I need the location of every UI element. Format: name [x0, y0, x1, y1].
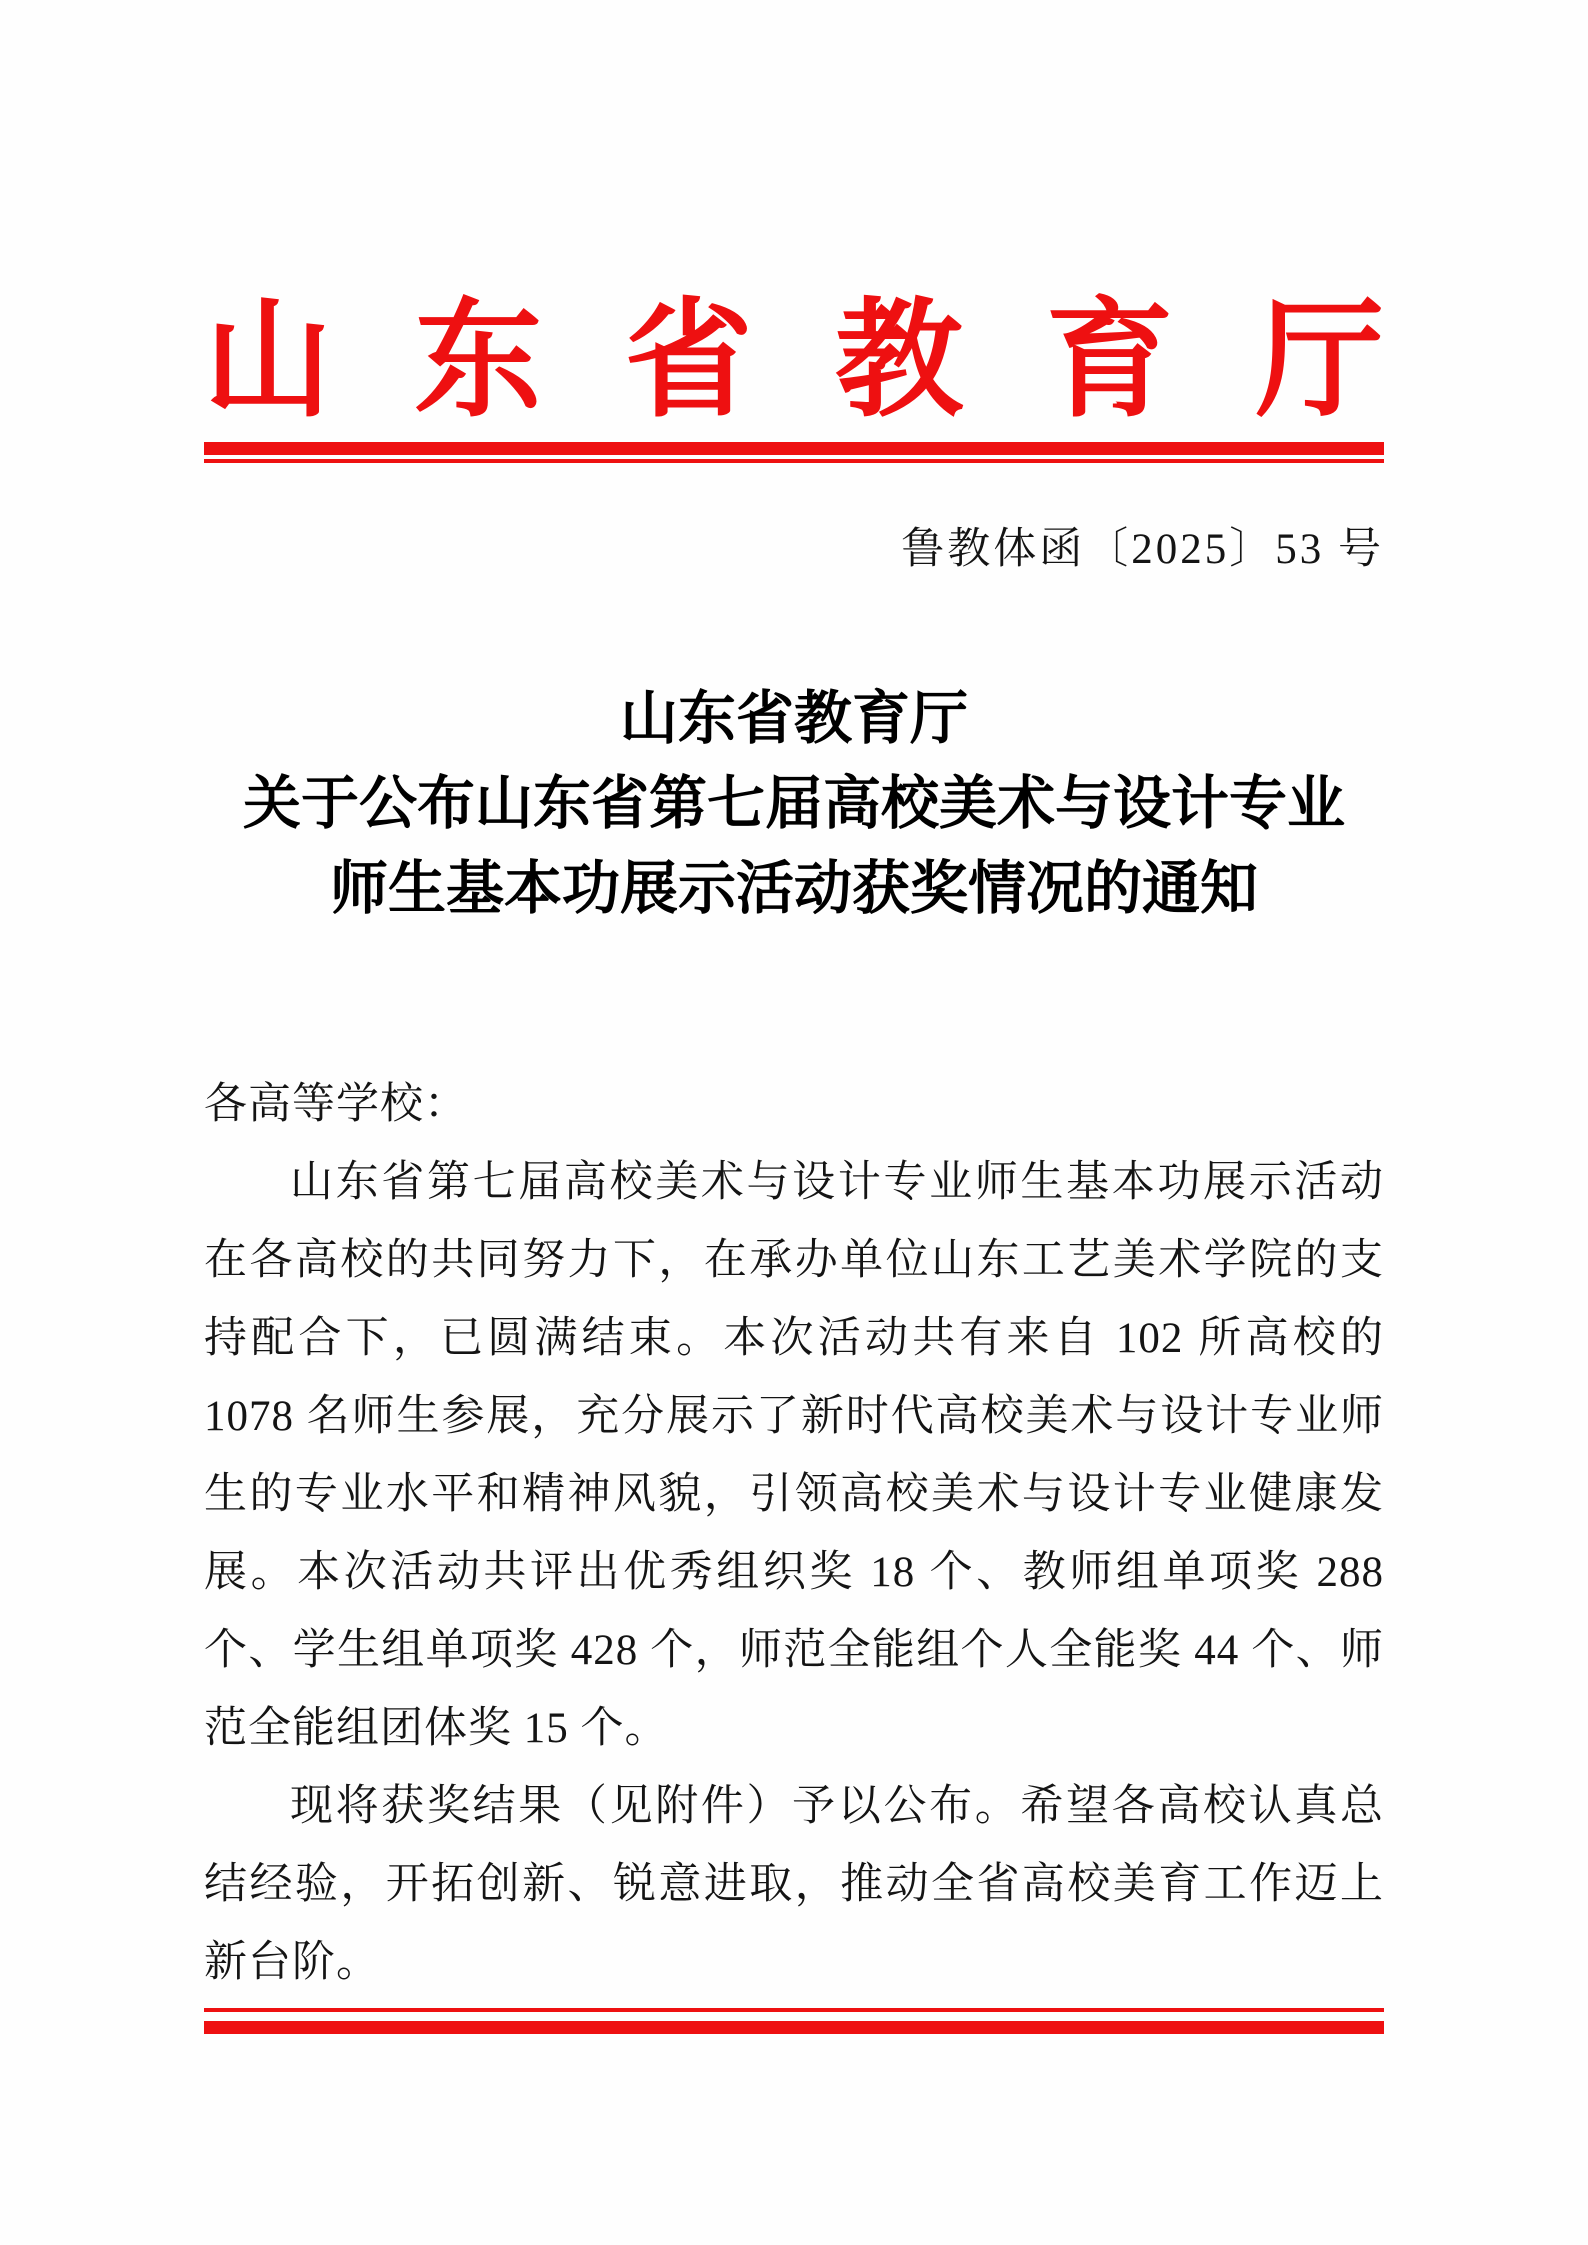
- document-page: 山 东 省 教 育 厅 鲁教体函〔2025〕53 号 山东省教育厅 关于公布山东…: [0, 0, 1588, 2245]
- document-body: 各高等学校： 山东省第七届高校美术与设计专业师生基本功展示活动在各高校的共同努力…: [204, 1066, 1384, 2002]
- document-title-line: 师生基本功展示活动获奖情况的通知: [150, 846, 1438, 931]
- masthead-rule-thin: [204, 459, 1384, 463]
- masthead-char: 厅: [1256, 296, 1384, 424]
- document-title: 山东省教育厅 关于公布山东省第七届高校美术与设计专业 师生基本功展示活动获奖情况…: [150, 676, 1438, 931]
- masthead-char: 育: [1046, 296, 1174, 424]
- masthead-char: 教: [835, 296, 963, 424]
- body-paragraph: 现将获奖结果（见附件）予以公布。希望各高校认真总结经验，开拓创新、锐意进取，推动…: [204, 1768, 1384, 2002]
- document-title-line: 关于公布山东省第七届高校美术与设计专业: [150, 761, 1438, 846]
- document-number: 鲁教体函〔2025〕53 号: [204, 524, 1384, 576]
- salutation: 各高等学校：: [204, 1066, 1384, 1144]
- masthead-rule-thick: [204, 442, 1384, 455]
- footer-rule-thick: [204, 2021, 1384, 2034]
- agency-masthead: 山 东 省 教 育 厅: [204, 296, 1384, 424]
- body-paragraph: 山东省第七届高校美术与设计专业师生基本功展示活动在各高校的共同努力下，在承办单位…: [204, 1144, 1384, 1768]
- footer-rule-thin: [204, 2008, 1384, 2012]
- masthead-char: 山: [204, 296, 332, 424]
- document-title-line: 山东省教育厅: [150, 676, 1438, 761]
- masthead-char: 省: [625, 296, 753, 424]
- masthead-char: 东: [414, 296, 542, 424]
